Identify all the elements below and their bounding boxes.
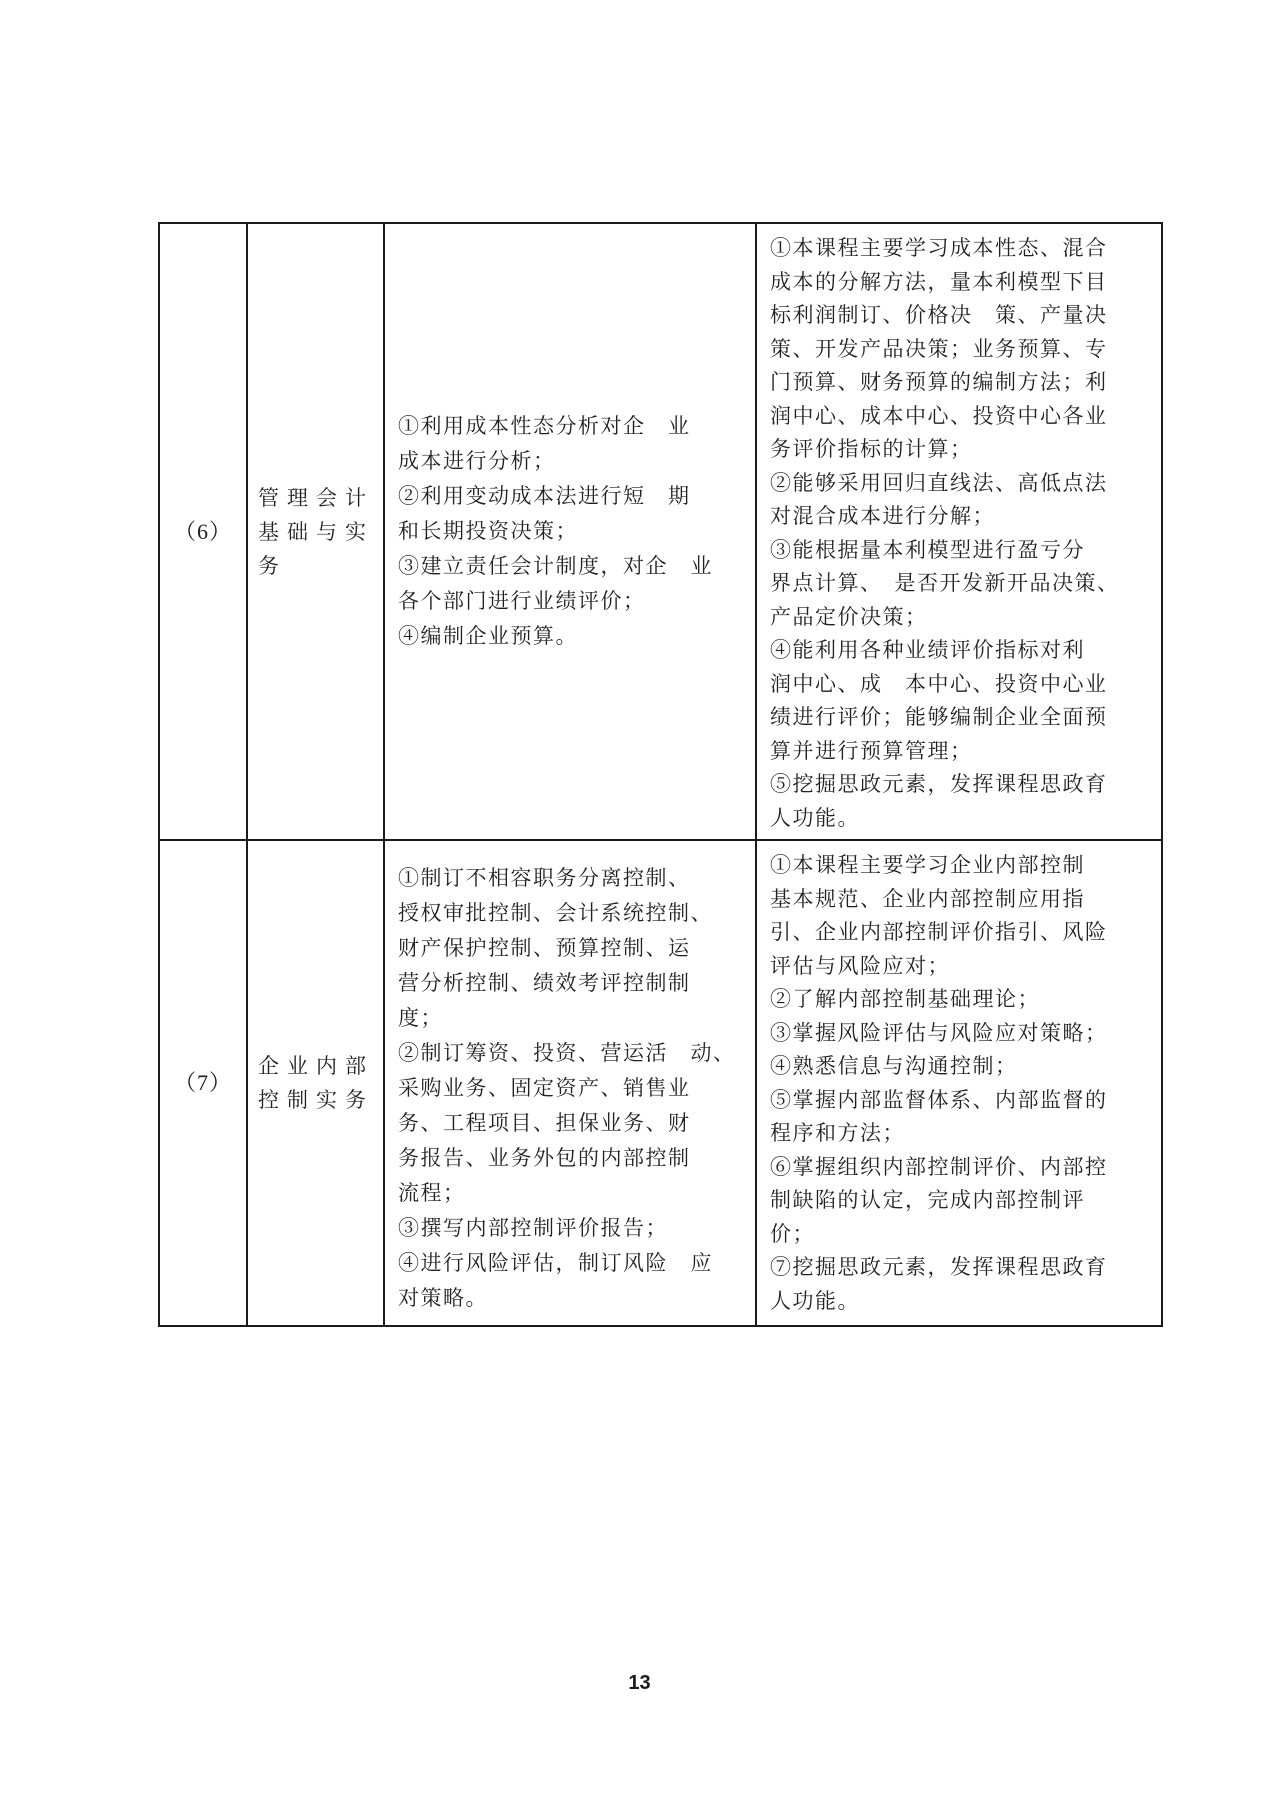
- table-cell-row2-outcomes: ①本课程主要学习企业内部控制 基本规范、企业内部控制应用指 引、企业内部控制评价…: [757, 841, 1161, 1325]
- page-number: 13: [0, 1672, 1279, 1695]
- document-page: （6） 管理会计 基础与实 务 ①利用成本性态分析对企 业 成本进行分析； ②利…: [0, 0, 1279, 1809]
- table-cell-row1-tasks: ①利用成本性态分析对企 业 成本进行分析； ②利用变动成本法进行短 期 和长期投…: [385, 224, 757, 841]
- table-cell-row2-index: （7）: [160, 841, 248, 1325]
- table-cell-row2-course-name: 企业内部 控制实务: [248, 841, 385, 1325]
- course-table: （6） 管理会计 基础与实 务 ①利用成本性态分析对企 业 成本进行分析； ②利…: [158, 222, 1163, 1327]
- table-cell-row1-course-name: 管理会计 基础与实 务: [248, 224, 385, 841]
- table-cell-row1-outcomes: ①本课程主要学习成本性态、混合 成本的分解方法，量本利模型下目 标利润制订、价格…: [757, 224, 1161, 841]
- table-cell-row2-tasks: ①制订不相容职务分离控制、 授权审批控制、会计系统控制、 财产保护控制、预算控制…: [385, 841, 757, 1325]
- table-cell-row1-index: （6）: [160, 224, 248, 841]
